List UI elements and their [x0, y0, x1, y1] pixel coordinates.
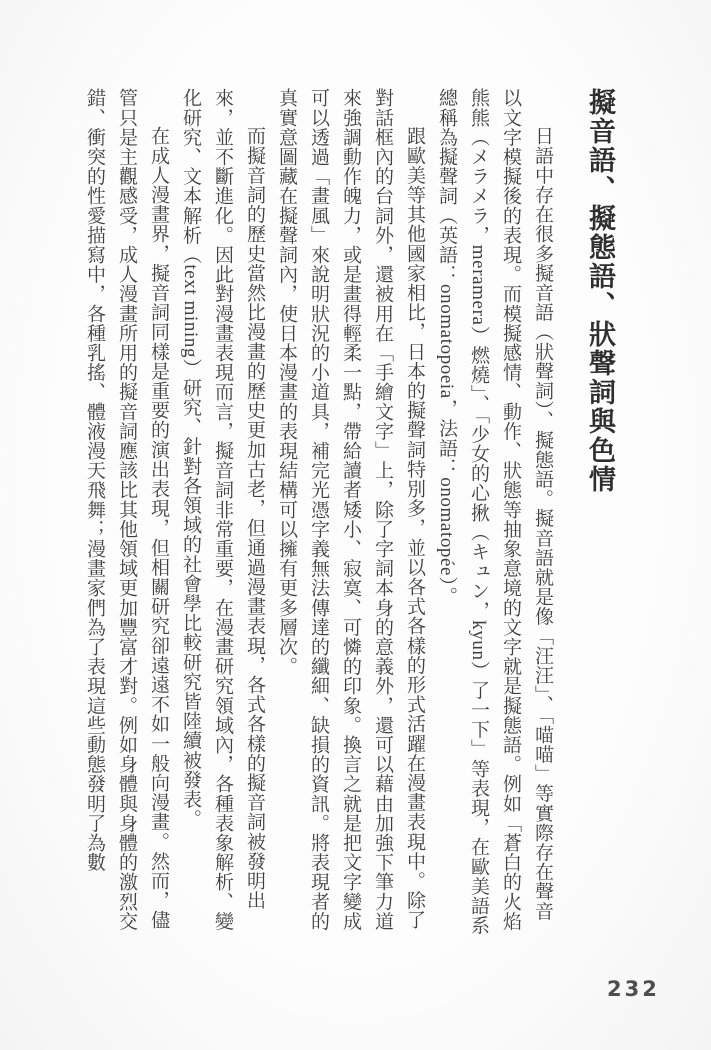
section-title: 擬音語、擬態語、狀聲詞與色情 — [580, 88, 620, 940]
book-page: 擬音語、擬態語、狀聲詞與色情 日語中存在很多擬音語（狀聲詞）、擬態語。擬音語就是… — [0, 0, 711, 1050]
vertical-text-block: 擬音語、擬態語、狀聲詞與色情 日語中存在很多擬音語（狀聲詞）、擬態語。擬音語就是… — [80, 88, 620, 940]
paragraph-2: 跟歐美等其他國家相比，日本的擬聲詞特別多，並以各式各樣的形式活躍在漫畫表現中。除… — [270, 88, 430, 940]
page-number: 232 — [607, 977, 660, 1001]
paragraph-4: 在成人漫畫界，擬音詞同樣是重要的演出表現，但相關研究卻遠遠不如一般向漫畫。然而，… — [78, 88, 174, 940]
paragraph-3: 而擬音詞的歷史當然比漫畫的歷史更加古老，但通過漫畫表現，各式各樣的擬音詞被發明出… — [174, 88, 270, 940]
paragraph-1: 日語中存在很多擬音語（狀聲詞）、擬態語。擬音語就是像「汪汪」、「喵喵」等實際存在… — [430, 88, 558, 940]
